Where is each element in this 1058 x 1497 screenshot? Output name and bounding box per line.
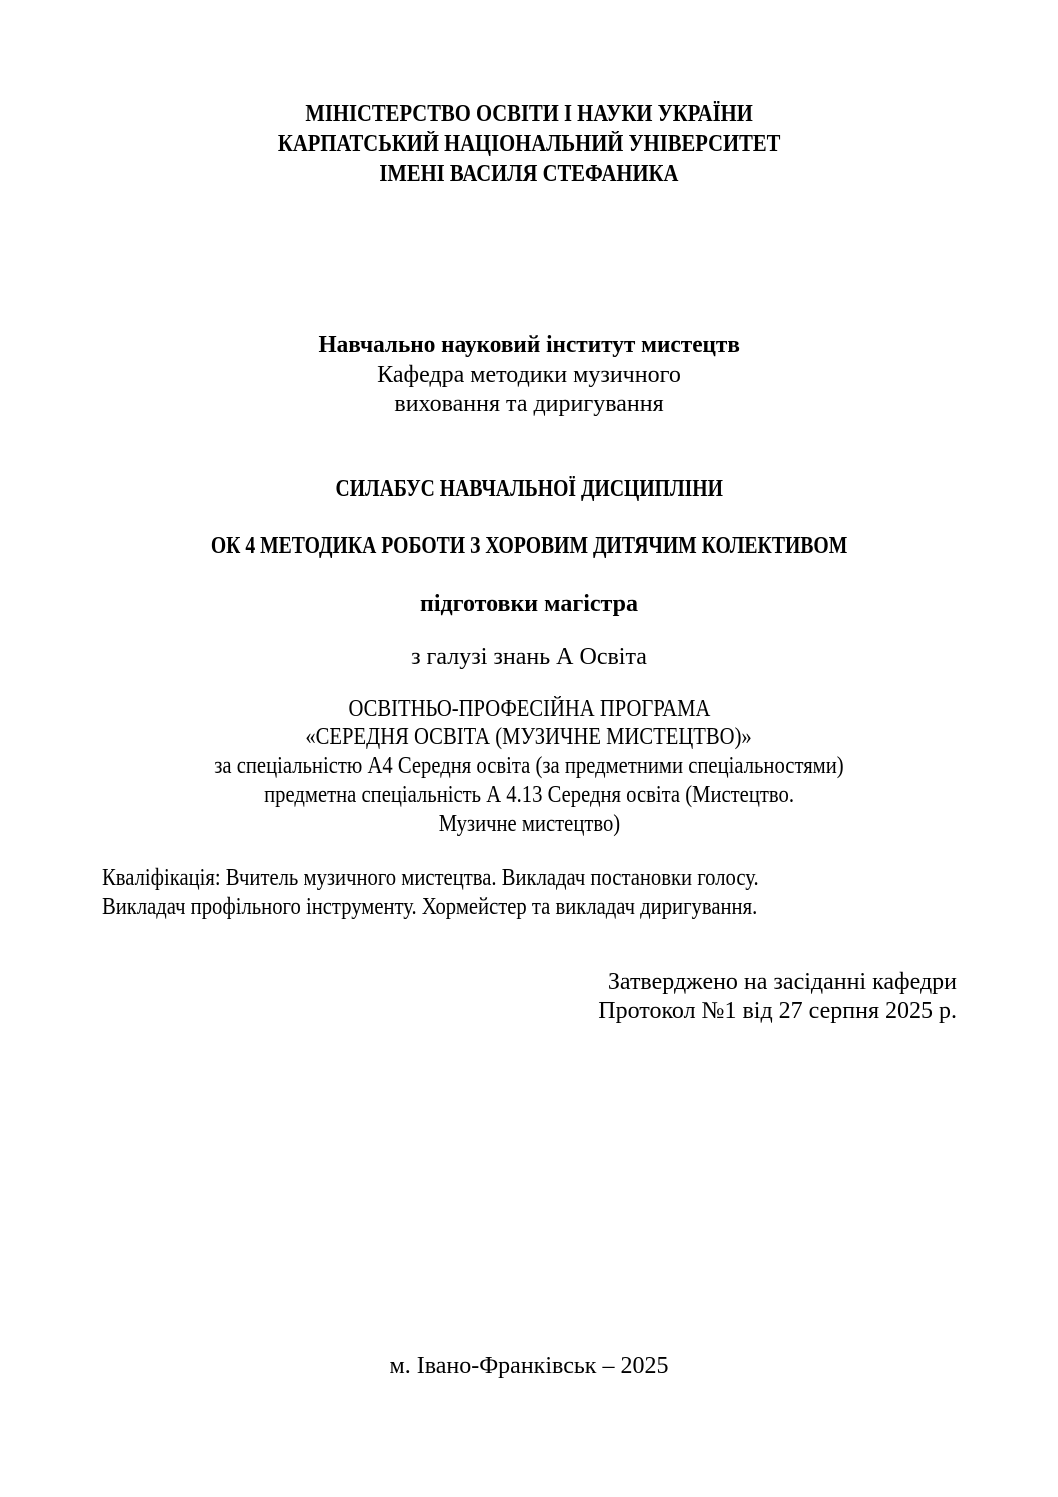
program-text-line1: ОСВІТНЬО-ПРОФЕСІЙНА ПРОГРАМА	[348, 695, 710, 723]
university-text-line1: КАРПАТСЬКИЙ НАЦІОНАЛЬНИЙ УНІВЕРСИТЕТ	[278, 130, 780, 158]
department-text-line2: виховання та диригування	[394, 390, 663, 418]
qualification-line1: Кваліфікація: Вчитель музичного мистецтв…	[102, 864, 759, 892]
institute-name: Навчально науковий інститут мистецтв	[0, 331, 1058, 359]
approval-line2: Протокол №1 від 27 серпня 2025 р.	[598, 997, 957, 1025]
qualification-line2: Викладач профільного інструменту. Хормей…	[102, 893, 757, 921]
university-text-line2: ІМЕНІ ВАСИЛЯ СТЕФАНИКА	[379, 160, 678, 188]
program-line5: Музичне мистецтво)	[0, 810, 1058, 838]
university-heading-line2: ІМЕНІ ВАСИЛЯ СТЕФАНИКА	[0, 160, 1058, 188]
syllabus-title: СИЛАБУС НАВЧАЛЬНОЇ ДИСЦИПЛІНИ	[0, 475, 1058, 503]
program-line2: «СЕРЕДНЯ ОСВІТА (МУЗИЧНЕ МИСТЕЦТВО)»	[0, 723, 1058, 751]
course-title: ОК 4 МЕТОДИКА РОБОТИ З ХОРОВИМ ДИТЯЧИМ К…	[0, 532, 1058, 560]
department-line2: виховання та диригування	[0, 390, 1058, 418]
university-heading-line1: КАРПАТСЬКИЙ НАЦІОНАЛЬНИЙ УНІВЕРСИТЕТ	[0, 130, 1058, 158]
degree-level-text: підготовки магістра	[420, 590, 638, 618]
program-line1: ОСВІТНЬО-ПРОФЕСІЙНА ПРОГРАМА	[0, 695, 1058, 723]
program-text-line5: Музичне мистецтво)	[438, 810, 619, 838]
institute-name-text: Навчально науковий інститут мистецтв	[318, 331, 739, 359]
course-title-text: ОК 4 МЕТОДИКА РОБОТИ З ХОРОВИМ ДИТЯЧИМ К…	[211, 532, 847, 560]
degree-level: підготовки магістра	[0, 590, 1058, 618]
program-text-line2: «СЕРЕДНЯ ОСВІТА (МУЗИЧНЕ МИСТЕЦТВО)»	[306, 723, 752, 751]
city-year: м. Івано-Франківськ – 2025	[0, 1352, 1058, 1380]
program-text-line4: предметна спеціальність А 4.13 Середня о…	[264, 781, 794, 809]
department-text-line1: Кафедра методики музичного	[377, 361, 681, 389]
approval-line1: Затверджено на засіданні кафедри	[608, 968, 957, 996]
program-line3: за спеціальністю А4 Середня освіта (за п…	[0, 752, 1058, 780]
program-line4: предметна спеціальність А 4.13 Середня о…	[0, 781, 1058, 809]
field-of-knowledge-text: з галузі знань А Освіта	[411, 643, 647, 671]
syllabus-title-text: СИЛАБУС НАВЧАЛЬНОЇ ДИСЦИПЛІНИ	[335, 475, 722, 503]
ministry-heading: МІНІСТЕРСТВО ОСВІТИ І НАУКИ УКРАЇНИ	[0, 100, 1058, 128]
department-line1: Кафедра методики музичного	[0, 361, 1058, 389]
field-of-knowledge: з галузі знань А Освіта	[0, 643, 1058, 671]
city-year-text: м. Івано-Франківськ – 2025	[390, 1352, 669, 1380]
ministry-text: МІНІСТЕРСТВО ОСВІТИ І НАУКИ УКРАЇНИ	[305, 100, 752, 128]
program-text-line3: за спеціальністю А4 Середня освіта (за п…	[214, 752, 843, 780]
